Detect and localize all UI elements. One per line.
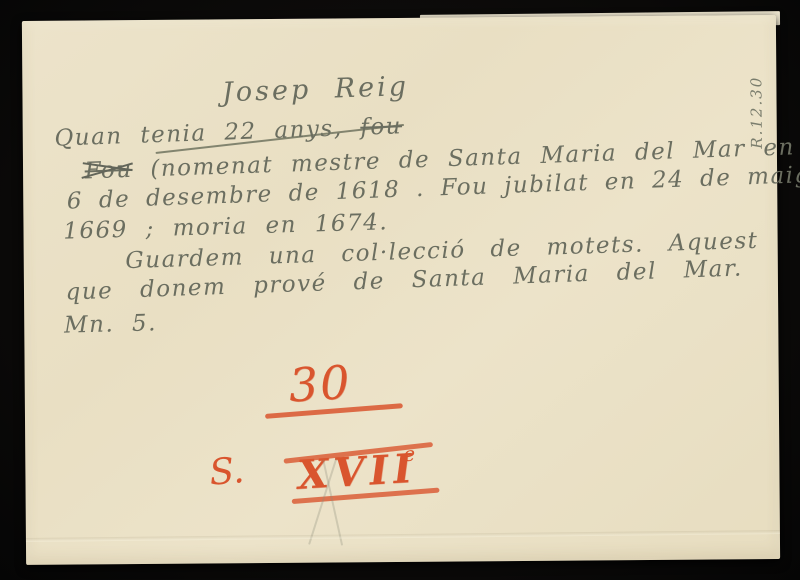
- line1-text: Quan tenia 22 anys,: [54, 115, 361, 152]
- handwritten-line-1: Quan tenia 22 anys, fou: [54, 113, 402, 151]
- index-card: Josep Reig Quan tenia 22 anys, fou Fou (…: [22, 15, 780, 565]
- manuscript-number-line: Mn. 5.: [64, 310, 158, 338]
- paper-crease: [26, 530, 780, 542]
- vertical-shelfmark: R.12.30: [747, 72, 766, 152]
- red-series-prefix: S.: [208, 450, 246, 494]
- line2-scribbled-word: Fou: [84, 157, 133, 185]
- line1-struck-word: fou: [360, 113, 403, 140]
- photo-background: Josep Reig Quan tenia 22 anys, fou Fou (…: [0, 0, 800, 580]
- red-number-annotation: 30: [287, 355, 353, 413]
- handwritten-line-4: 1669 ; moria en 1674.: [63, 209, 389, 244]
- card-title: Josep Reig: [222, 71, 410, 108]
